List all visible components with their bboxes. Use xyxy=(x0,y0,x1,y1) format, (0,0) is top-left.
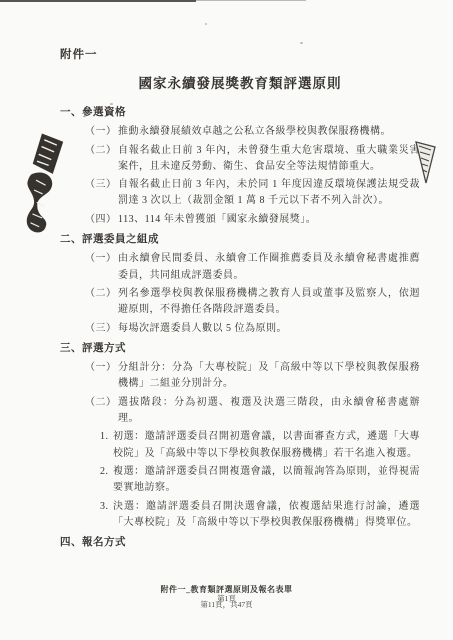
item-text: 113、114 年未曾獲頒「國家永續發展獎」。 xyxy=(118,212,420,228)
section-eligibility: 一、參選資格 （一） 推動永續發展績效卓越之公私立各級學校與教保服務機構。 （二… xyxy=(60,105,420,228)
list-item: （一） 分組計分：分為「大專校院」及「高級中等以下學校與教保服務機構」二組並分別… xyxy=(85,360,420,393)
item-label: （三） xyxy=(85,321,118,337)
list-item: （二） 自報名截止日前 3 年內，未曾發生重大危害環境、重大職業災害案件，且未違… xyxy=(85,143,420,176)
item-text: 自報名截止日前 3 年內，未於同 1 年度因違反環境保護法規受裁罰達 3 次以上… xyxy=(118,177,420,210)
section-heading: 二、評選委員之組成 xyxy=(60,232,420,248)
attachment-label: 附件一 xyxy=(60,46,420,62)
scan-artifact-line-faint xyxy=(196,0,306,1)
left-ink-stamp-icon xyxy=(22,131,66,237)
item-text: 每場次評選委員人數以 5 位為原則。 xyxy=(118,321,420,337)
section-committee: 二、評選委員之組成 （一） 由永續會民間委員、永續會工作圈推薦委員及永續會秘書處… xyxy=(60,232,420,337)
sub-list-item: 1. 初選：邀請評選委員召開初選會議，以書面審查方式，遴選「大專校院」及「高級中… xyxy=(100,429,420,462)
sub-item-text: 初選：邀請評選委員召開初選會議，以書面審查方式，遴選「大專校院」及「高級中等以下… xyxy=(113,429,420,462)
list-item: （二） 選拔階段：分為初選、複選及決選三階段，由永續會秘書處辦理。 xyxy=(85,395,420,428)
section-heading: 一、參選資格 xyxy=(60,105,420,121)
section-selection-method: 三、評選方式 （一） 分組計分：分為「大專校院」及「高級中等以下學校與教保服務機… xyxy=(60,341,420,531)
footer-page-number: 第11頁，共47頁 xyxy=(0,601,453,609)
item-text: 分組計分：分為「大專校院」及「高級中等以下學校與教保服務機構」二組並分別計分。 xyxy=(118,360,420,393)
sub-list-item: 3. 決選：邀請評選委員召開決選會議，依複選結果進行討論，遴選「大專校院」及「高… xyxy=(100,499,420,532)
item-text: 推動永續發展績效卓越之公私立各級學校與教保服務機構。 xyxy=(118,124,420,140)
item-label: （二） xyxy=(85,395,118,428)
section-heading: 四、報名方式 xyxy=(60,535,420,551)
item-label: （一） xyxy=(85,124,118,140)
item-text: 由永續會民間委員、永續會工作圈推薦委員及永續會秘書處推薦委員，共同組成評選委員。 xyxy=(118,251,420,284)
item-text: 列名參選學校與教保服務機構之教育人員或董事及監察人，依迴避原則，不得擔任各階段評… xyxy=(118,286,420,319)
list-item: （一） 推動永續發展績效卓越之公私立各級學校與教保服務機構。 xyxy=(85,124,420,140)
sub-item-label: 3. xyxy=(100,499,113,532)
sub-item-text: 複選：邀請評選委員召開複選會議，以簡報詢答為原則，並得視需要實地訪察。 xyxy=(113,464,420,497)
sub-item-text: 決選：邀請評選委員召開決選會議，依複選結果進行討論，遴選「大專校院」及「高級中等… xyxy=(113,499,420,532)
page-title: 國家永續發展獎教育類評選原則 xyxy=(60,72,420,92)
section-heading: 三、評選方式 xyxy=(60,341,420,357)
scan-speck xyxy=(110,103,113,105)
item-label: （一） xyxy=(85,360,118,393)
list-item: （三） 每場次評選委員人數以 5 位為原則。 xyxy=(85,321,420,337)
list-item: （一） 由永續會民間委員、永續會工作圈推薦委員及永續會秘書處推薦委員，共同組成評… xyxy=(85,251,420,284)
item-label: （四） xyxy=(85,212,118,228)
footer-document-label: 附件一_教育類評選原則及報名表單 xyxy=(0,585,453,594)
sub-item-label: 1. xyxy=(100,429,113,462)
scan-speck xyxy=(300,42,303,44)
scan-speck xyxy=(205,23,207,25)
list-item: （三） 自報名截止日前 3 年內，未於同 1 年度因違反環境保護法規受裁罰達 3… xyxy=(85,177,420,210)
list-item: （四） 113、114 年未曾獲頒「國家永續發展獎」。 xyxy=(85,212,420,228)
sub-list-item: 2. 複選：邀請評選委員召開複選會議，以簡報詢答為原則，並得視需要實地訪察。 xyxy=(100,464,420,497)
section-registration: 四、報名方式 xyxy=(60,535,420,551)
item-label: （二） xyxy=(85,286,118,319)
right-ink-stamp-icon xyxy=(413,139,439,187)
item-label: （三） xyxy=(85,177,118,210)
sub-item-label: 2. xyxy=(100,464,113,497)
item-label: （二） xyxy=(85,143,118,176)
document-page: 附件一 國家永續發展獎教育類評選原則 一、參選資格 （一） 推動永續發展績效卓越… xyxy=(0,0,453,640)
scan-artifact-line xyxy=(0,0,196,2)
page-footer: 附件一_教育類評選原則及報名表單 第1頁 第11頁，共47頁 xyxy=(0,585,453,609)
item-text: 自報名截止日前 3 年內，未曾發生重大危害環境、重大職業災害案件，且未違反勞動、… xyxy=(118,143,420,176)
item-text: 選拔階段：分為初選、複選及決選三階段，由永續會秘書處辦理。 xyxy=(118,395,420,428)
item-label: （一） xyxy=(85,251,118,284)
list-item: （二） 列名參選學校與教保服務機構之教育人員或董事及監察人，依迴避原則，不得擔任… xyxy=(85,286,420,319)
